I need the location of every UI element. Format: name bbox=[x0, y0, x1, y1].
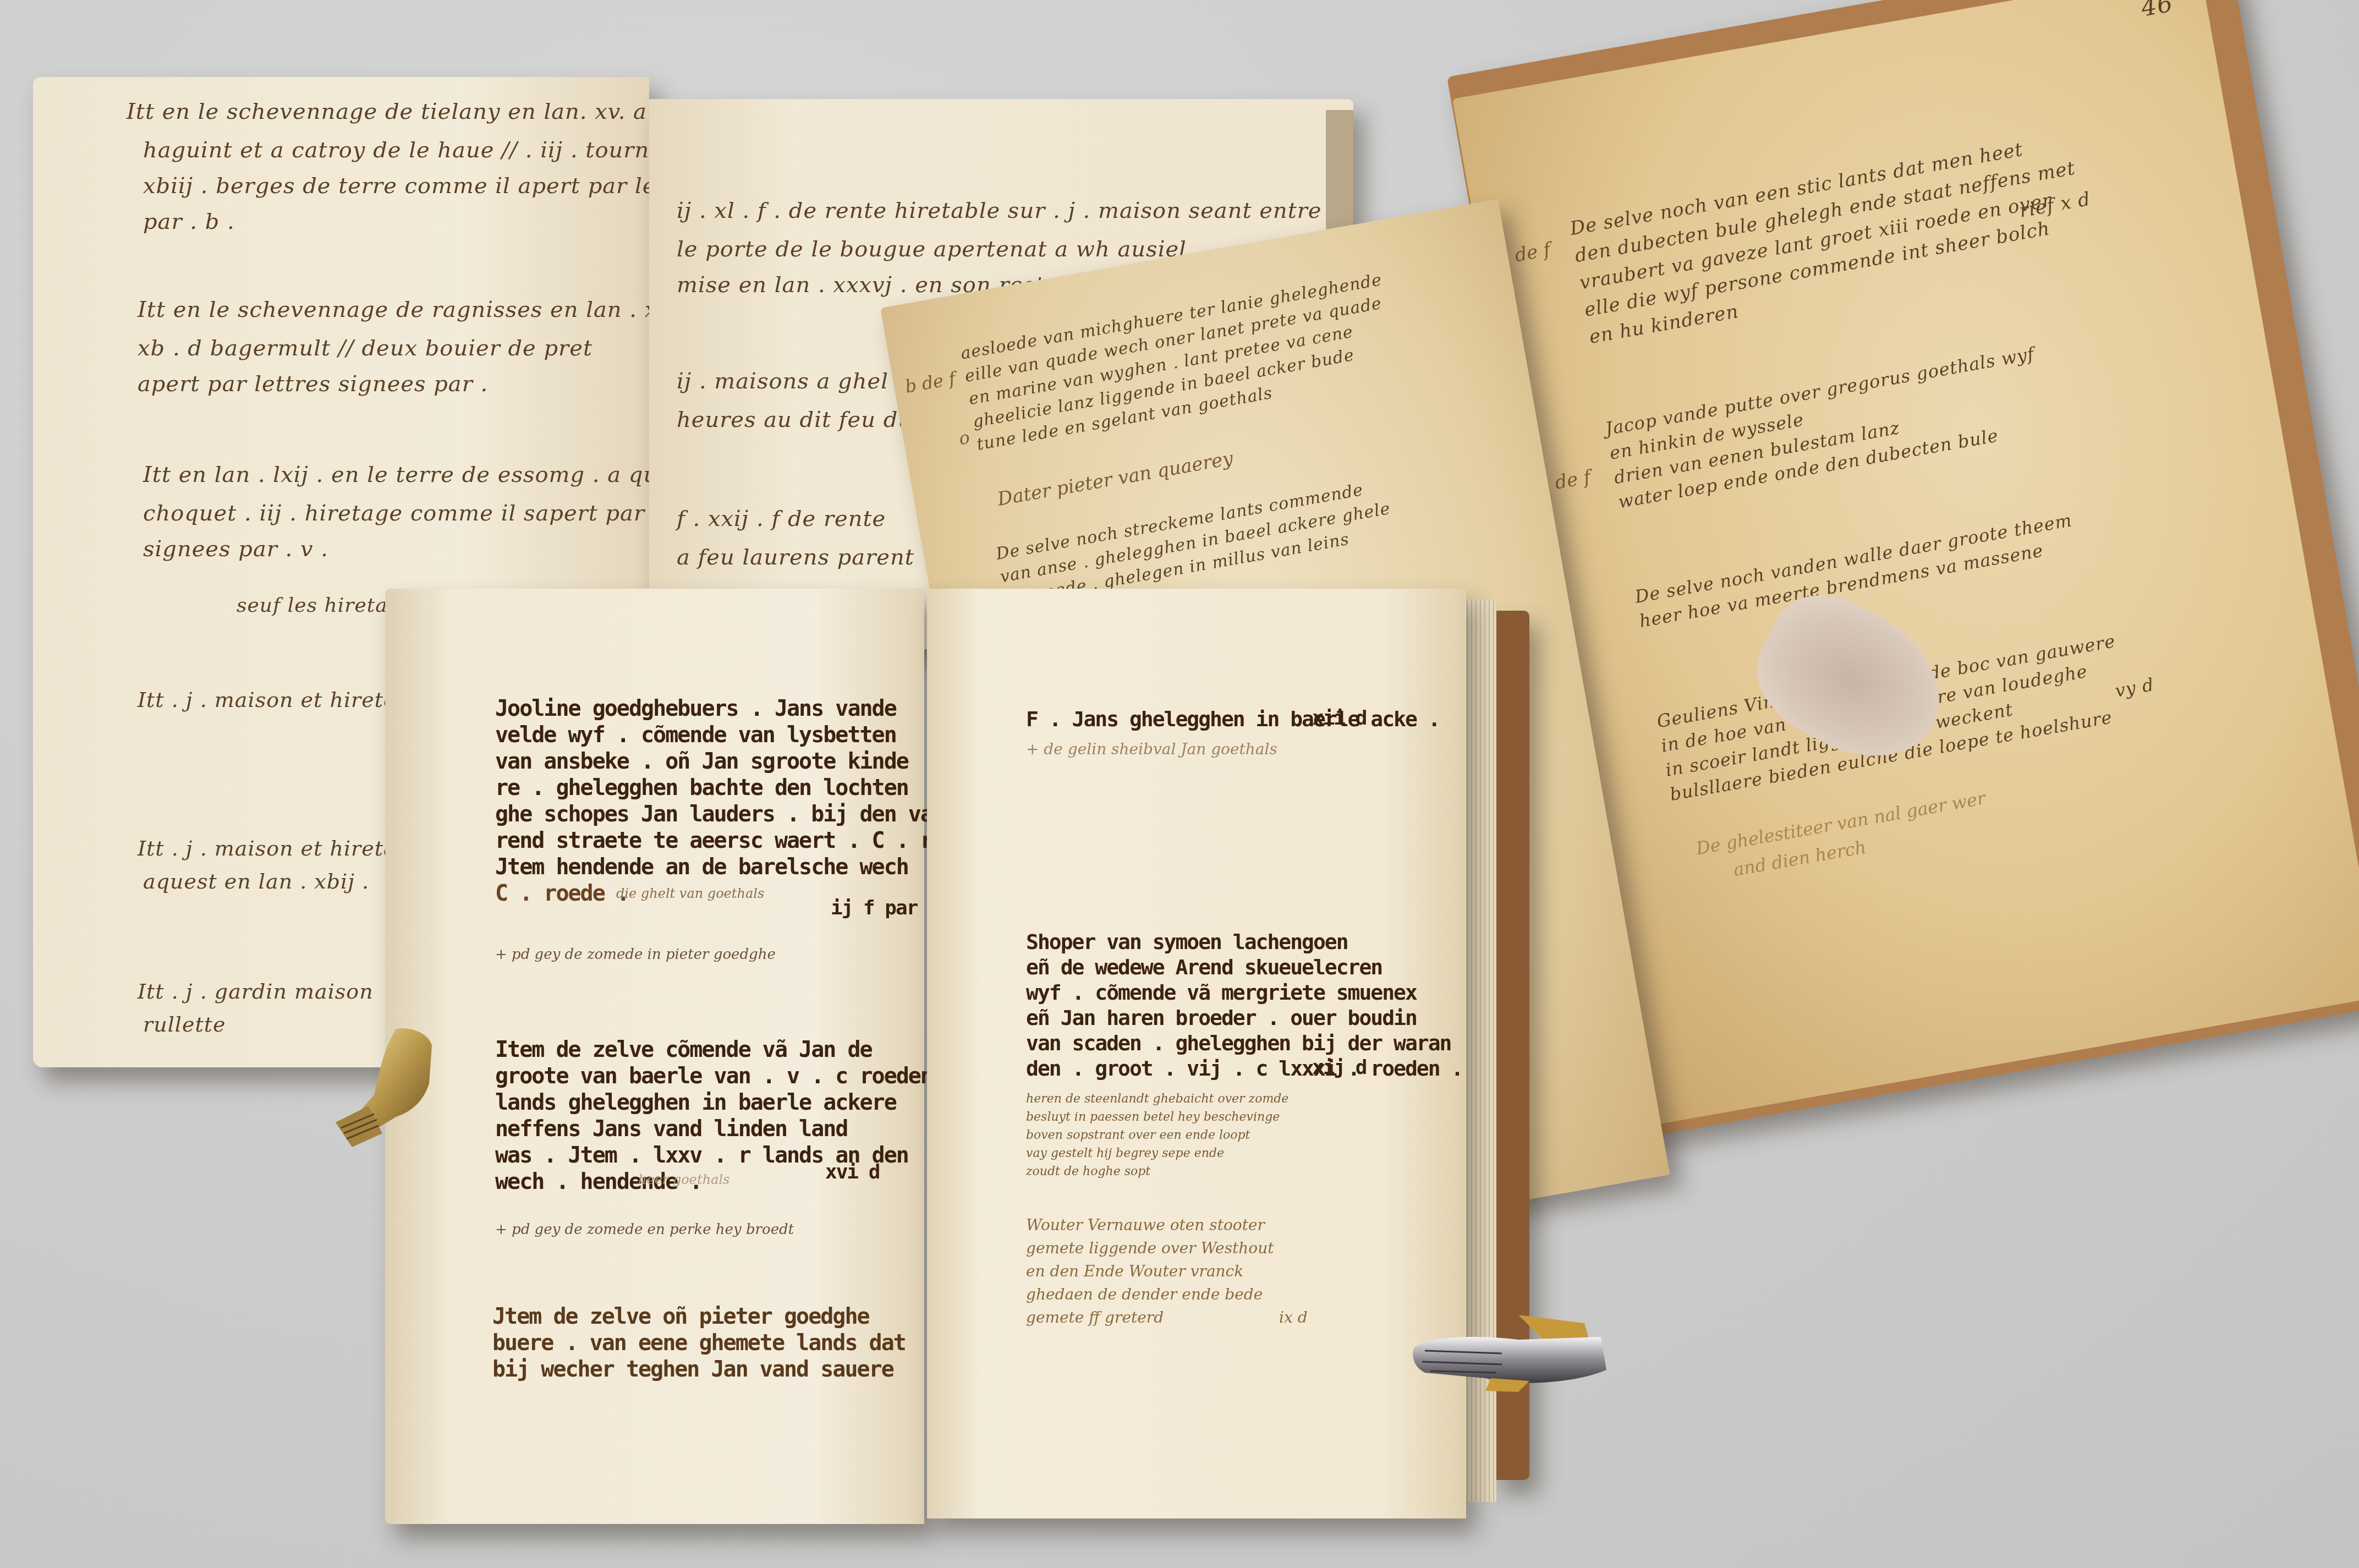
text-line: ghedaen de dender ende bede bbox=[1026, 1285, 1263, 1303]
text-line: aquest en lan . xbij . bbox=[143, 869, 369, 893]
text-line: F . Jans ghelegghen in baerle acke . bbox=[1026, 707, 1440, 731]
text-line: bij wecher teghen Jan vand sauere bbox=[492, 1357, 893, 1382]
text-line: vay gestelt hij begrey sepe ende bbox=[1026, 1147, 1224, 1160]
annotation: die ghelt van goethals bbox=[616, 886, 764, 901]
text-line: van ansbeke . oñ Jan sgroote kinde bbox=[495, 749, 908, 774]
text-line: van scaden . ghelegghen bij der waran bbox=[1026, 1031, 1451, 1055]
text-line: boven sopstrant over een ende loopt bbox=[1026, 1128, 1250, 1142]
text-line: groote van baerle van . v . c roeden bbox=[495, 1063, 932, 1089]
text-line: Itt . j . gardin maison bbox=[138, 979, 374, 1004]
annotation: + pd gey de zomede in pieter goedghe bbox=[495, 946, 776, 963]
margin-value: vy d bbox=[2114, 674, 2155, 701]
text-line: par . b . bbox=[143, 209, 235, 234]
front-open-manuscript: Jooline goedghebuers . Jans vande velde … bbox=[385, 578, 1513, 1513]
front-manuscript-left-page: Jooline goedghebuers . Jans vande velde … bbox=[385, 589, 924, 1524]
margin-mark: o bbox=[957, 427, 972, 449]
text-line: signees par . v . bbox=[143, 536, 328, 562]
silver-hand-clip bbox=[1408, 1309, 1612, 1392]
text-line: den . groot . vij . c lxxxi . roeden . bbox=[1026, 1056, 1462, 1081]
annotation: heer goethals bbox=[638, 1172, 729, 1187]
text-line: eñ de wedewe Arend skueuelecren bbox=[1026, 955, 1382, 979]
text-line: Dater pieter van quaerey bbox=[996, 447, 1235, 511]
text-line: Jtem hendende an de barelsche wech bbox=[495, 854, 908, 880]
text-line: en den Ende Wouter vranck bbox=[1026, 1262, 1243, 1280]
silver-hand-icon bbox=[1408, 1309, 1612, 1392]
text-line: re . ghelegghen bachte den lochten bbox=[495, 775, 908, 801]
text-line: wyf . cõmende vã mergriete smuenex bbox=[1026, 980, 1417, 1005]
text-line: gemete liggende over Westhout bbox=[1026, 1239, 1274, 1257]
margin-value: ix d bbox=[1279, 1308, 1308, 1326]
text-line: Jooline goedghebuers . Jans vande bbox=[495, 696, 896, 721]
annotation: + pd gey de zomede en perke hey broedt bbox=[495, 1221, 794, 1238]
text-line: besluyt in paessen betel hey beschevinge bbox=[1026, 1110, 1280, 1124]
text-line: Itt . j . maison et hireta bbox=[138, 836, 397, 860]
text-line: Wouter Vernauwe oten stooter bbox=[1026, 1216, 1265, 1234]
text-line: choquet . iij . hiretage comme il sapert… bbox=[143, 501, 645, 526]
text-line: heren de steenlandt ghebaicht over zomde bbox=[1026, 1092, 1288, 1106]
text-line: Itt en le schevennage de tielany en lan.… bbox=[127, 99, 698, 124]
text-line: Jtem de zelve oñ pieter goedghe bbox=[492, 1304, 869, 1329]
margin-value: xii d bbox=[1312, 707, 1366, 730]
front-manuscript-right-page: F . Jans ghelegghen in baerle acke . xii… bbox=[927, 589, 1466, 1518]
text-line: neffens Jans vand linden land bbox=[495, 1116, 847, 1142]
text-line: Jacop vande putte over gregorus goethals… bbox=[1604, 343, 2036, 440]
text-line: Itt . j . maison et hirete bbox=[138, 688, 396, 712]
text-line: seuf les hiretag bbox=[237, 594, 401, 617]
folio-number: 46 bbox=[2139, 0, 2175, 23]
text-line: velde wyf . cõmende van lysbetten bbox=[495, 722, 896, 748]
text-line: xbiij . berges de terre comme il apert p… bbox=[143, 173, 711, 199]
text-line: Itt en lan . lxij . en le terre de essom… bbox=[143, 462, 658, 487]
text-line: ghe schopes Jan lauders . bij den va bbox=[495, 802, 932, 827]
text-line: haguint et a catroy de le haue // . iij … bbox=[143, 138, 678, 163]
text-line: f . xxij . f de rente bbox=[677, 506, 886, 531]
gold-hand-icon bbox=[330, 1023, 440, 1150]
margin-value: xij d bbox=[1312, 1056, 1366, 1079]
annotation: + de gelin sheibval Jan goethals bbox=[1026, 740, 1277, 758]
text-line: eñ Jan haren broeder . ouer boudin bbox=[1026, 1006, 1417, 1030]
text-line: apert par lettres signees par . bbox=[138, 371, 488, 397]
margin-mark: b de f bbox=[903, 368, 957, 397]
text-line: lands ghelegghen in baerle ackere bbox=[495, 1090, 896, 1115]
text-line: gemete ff greterd bbox=[1026, 1308, 1164, 1326]
text-line: C . roede . bbox=[495, 881, 629, 906]
text-line: Itt en le schevennage de ragnisses en la… bbox=[138, 297, 695, 322]
gold-hand-clip bbox=[330, 1023, 440, 1150]
text-line: zoudt de hoghe sopt bbox=[1026, 1165, 1150, 1178]
text-line: rullette bbox=[143, 1012, 226, 1037]
margin-value: xvi d bbox=[825, 1161, 879, 1183]
text-line: Item de zelve cõmende vã Jan de bbox=[495, 1037, 872, 1062]
text-line: xb . d bagermult // deux bouier de pret bbox=[138, 336, 593, 361]
margin-value: ij f par bbox=[831, 897, 917, 919]
text-line: rend straete te aeersc waert . C . roed bbox=[495, 828, 969, 853]
text-line: buere . van eene ghemete lands dat bbox=[492, 1330, 906, 1356]
text-line: Shoper van symoen lachengoen bbox=[1026, 930, 1348, 954]
